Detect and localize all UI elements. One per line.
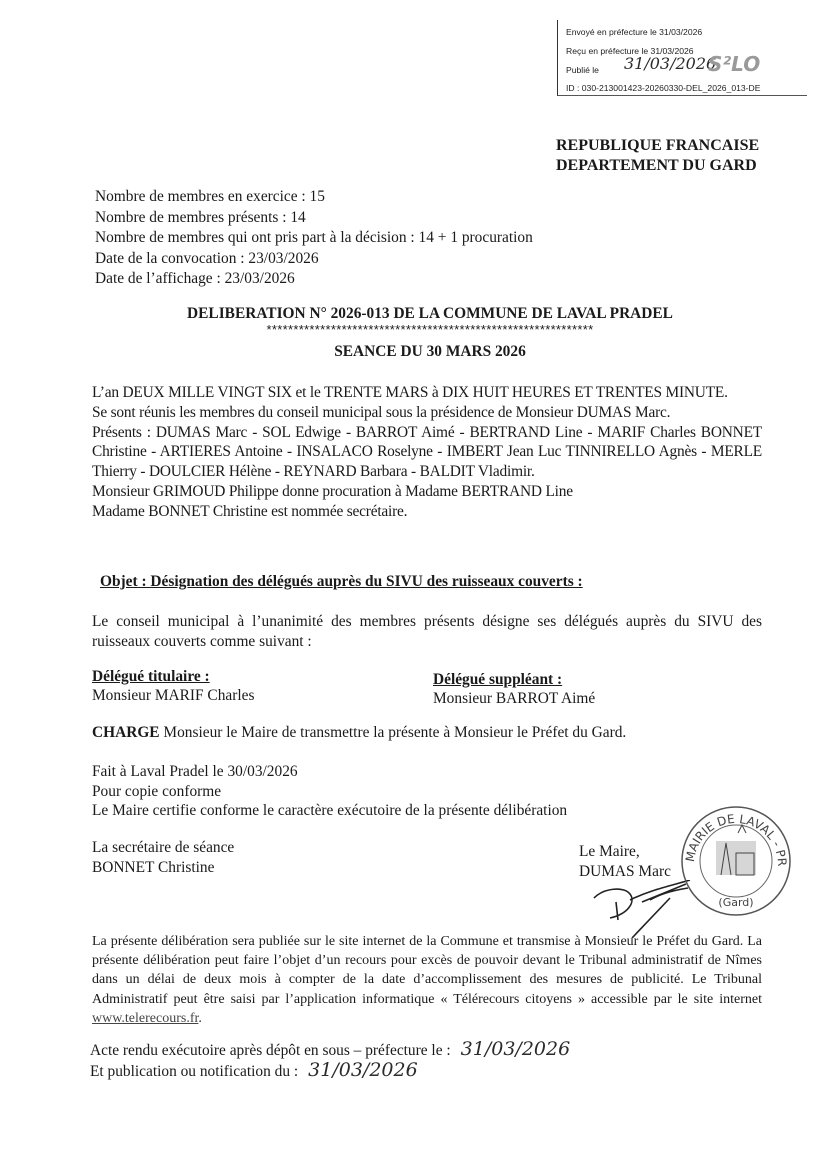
decision-paragraph: Le conseil municipal à l’unanimité des m… bbox=[92, 612, 762, 652]
titular-name: Monsieur MARIF Charles bbox=[92, 686, 254, 705]
publication-label: Et publication ou notification du : bbox=[90, 1063, 298, 1080]
preamble-proxy: Monsieur GRIMOUD Philippe donne procurat… bbox=[92, 482, 762, 502]
substitute-delegate: Délégué suppléant : Monsieur BARROT Aimé bbox=[433, 670, 595, 708]
preamble-secretary: Madame BONNET Christine est nommée secré… bbox=[92, 502, 762, 522]
deposit-label: Acte rendu exécutoire après dépôt en sou… bbox=[90, 1042, 451, 1059]
mayor-role: Le Maire, bbox=[579, 842, 671, 862]
stamp-id: ID : 030-213001423-20260330-DEL_2026_013… bbox=[566, 83, 760, 93]
preamble-opening: L’an DEUX MILLE VINGT SIX et le TRENTE M… bbox=[92, 383, 762, 403]
titular-delegate: Délégué titulaire : Monsieur MARIF Charl… bbox=[92, 667, 254, 705]
substitute-label: Délégué suppléant : bbox=[433, 670, 595, 689]
deliberation-title: DELIBERATION N° 2026-013 DE LA COMMUNE D… bbox=[0, 305, 827, 323]
town-hall-seal: MAIRIE DE LAVAL - PRADEL (Gard) bbox=[676, 803, 796, 918]
copy-conform: Pour copie conforme bbox=[92, 782, 567, 802]
telerecours-link[interactable]: www.telerecours.fr bbox=[92, 1011, 198, 1026]
titular-label: Délégué titulaire : bbox=[92, 667, 254, 686]
header-republic: REPUBLIQUE FRANCAISE bbox=[556, 136, 759, 156]
certify-statement: Le Maire certifie conforme le caractère … bbox=[92, 801, 567, 821]
place-date: Fait à Laval Pradel le 30/03/2026 bbox=[92, 762, 567, 782]
charge-keyword: CHARGE bbox=[92, 724, 160, 741]
convocation-date: Date de la convocation : 23/03/2026 bbox=[95, 249, 533, 270]
prefecture-stamp: Envoyé en préfecture le 31/03/2026 Reçu … bbox=[557, 20, 807, 96]
secretary-signature-block: La secrétaire de séance BONNET Christine bbox=[92, 838, 234, 877]
seance-date: SEANCE DU 30 MARS 2026 bbox=[0, 343, 827, 361]
stamp-initials: S²LO bbox=[708, 52, 760, 76]
deposit-handwritten-date: 31/03/2026 bbox=[461, 1038, 571, 1060]
objet-heading: Objet : Désignation des délégués auprès … bbox=[100, 573, 583, 591]
members-in-office: Nombre de membres en exercice : 15 bbox=[95, 187, 533, 208]
executory-block: Acte rendu exécutoire après dépôt en sou… bbox=[90, 1040, 570, 1081]
mayor-name: DUMAS Marc bbox=[579, 862, 671, 882]
members-present: Nombre de membres présents : 14 bbox=[95, 208, 533, 229]
secretary-name: BONNET Christine bbox=[92, 858, 234, 878]
charge-text: Monsieur le Maire de transmettre la prés… bbox=[160, 724, 627, 741]
stamp-published-handwritten: 31/03/2026 bbox=[624, 54, 716, 73]
document-header: REPUBLIQUE FRANCAISE DEPARTEMENT DU GARD bbox=[556, 136, 759, 176]
legal-end: . bbox=[198, 1011, 202, 1026]
closing-block: Fait à Laval Pradel le 30/03/2026 Pour c… bbox=[92, 762, 567, 821]
meeting-meta: Nombre de membres en exercice : 15 Nombr… bbox=[95, 187, 533, 290]
posting-date: Date de l’affichage : 23/03/2026 bbox=[95, 269, 533, 290]
decision-text: Le conseil municipal à l’unanimité des m… bbox=[92, 612, 762, 652]
secretary-role: La secrétaire de séance bbox=[92, 838, 234, 858]
legal-notice: La présente délibération sera publiée su… bbox=[92, 932, 762, 1028]
mayor-signature-block: Le Maire, DUMAS Marc bbox=[579, 842, 671, 881]
members-voting: Nombre de membres qui ont pris part à la… bbox=[95, 228, 533, 249]
header-department: DEPARTEMENT DU GARD bbox=[556, 156, 759, 176]
seal-subtext: (Gard) bbox=[718, 896, 753, 909]
stamp-published-label: Publié le bbox=[566, 65, 599, 75]
title-separator: ****************************************… bbox=[0, 322, 827, 337]
preamble-assembly: Se sont réunis les membres du conseil mu… bbox=[92, 403, 762, 423]
preamble: L’an DEUX MILLE VINGT SIX et le TRENTE M… bbox=[92, 383, 762, 522]
legal-text: La présente délibération sera publiée su… bbox=[92, 934, 762, 1007]
charge-statement: CHARGE Monsieur le Maire de transmettre … bbox=[92, 724, 626, 742]
preamble-present: Présents : DUMAS Marc - SOL Edwige - BAR… bbox=[92, 423, 762, 482]
substitute-name: Monsieur BARROT Aimé bbox=[433, 689, 595, 708]
stamp-sent: Envoyé en préfecture le 31/03/2026 bbox=[566, 27, 702, 37]
publication-handwritten-date: 31/03/2026 bbox=[308, 1059, 418, 1081]
